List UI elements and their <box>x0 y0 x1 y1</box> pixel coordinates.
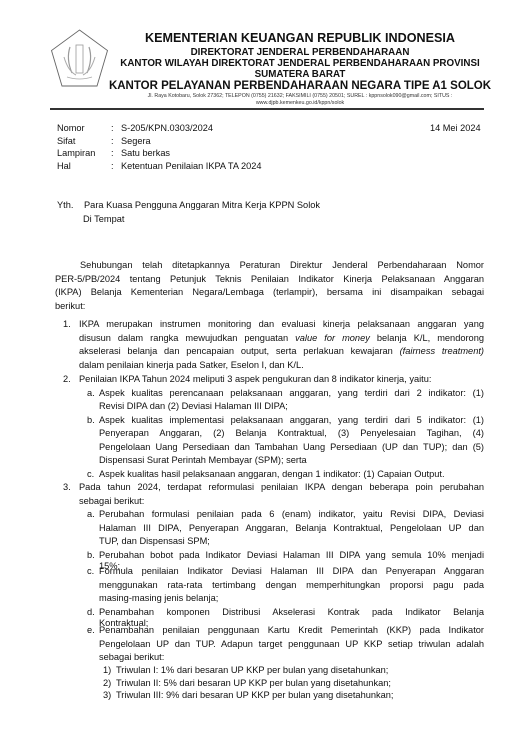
item-2c-line: Aspek kualitas hasil pelaksanaan anggara… <box>99 468 445 482</box>
text-run: disusun dalam rangka mewujudkan penguata… <box>79 333 295 343</box>
italic-term: value for money <box>295 333 370 343</box>
item-2a-line: Aspek kualitas perencanaan pelaksanaan a… <box>99 387 484 401</box>
intro-line: Sehubungan telah ditetapkannya Peraturan… <box>80 259 484 273</box>
office-address: Jl. Raya Kotobaru, Solok 27362; TELEPON … <box>100 93 500 100</box>
item-2b-line: Aspek kualitas implementasi pelaksanaan … <box>99 414 484 428</box>
meta-value-lampiran: Satu berkas <box>121 147 170 160</box>
regional-office-name: KANTOR WILAYAH DIREKTORAT JENDERAL PERBE… <box>100 58 500 69</box>
ministry-name: KEMENTERIAN KEUANGAN REPUBLIK INDONESIA <box>100 31 500 45</box>
intro-line: PER-5/PB/2024 tentang Petunjuk Teknis Pe… <box>55 273 484 287</box>
meta-label-hal: Hal <box>57 160 117 173</box>
recipient-prefix: Yth. <box>57 199 73 213</box>
item-2b-line: Pengelolaan Uang Persediaan dan Tambahan… <box>99 441 484 455</box>
quarter-target-line: Triwulan III: 9% dari besaran UP KKP per… <box>116 689 394 703</box>
meta-label-lampiran: Lampiran <box>57 147 117 160</box>
meta-value-sifat: Segera <box>121 135 151 148</box>
sub-item-label: c. <box>87 468 94 482</box>
letter-date: 14 Mei 2024 <box>430 123 481 133</box>
item-2b-line: Penyerapan Anggaran, (2) Belanja Kontrak… <box>99 427 484 441</box>
meta-colon: : <box>111 160 114 173</box>
meta-colon: : <box>111 122 114 135</box>
item-number: 2. <box>63 373 71 387</box>
recipient-name: Para Kuasa Pengguna Anggaran Mitra Kerja… <box>84 199 320 213</box>
sub-item-label: a. <box>87 387 95 401</box>
item-number: 3. <box>63 481 71 495</box>
meta-label-nomor: Nomor <box>57 122 117 135</box>
directorate-name: DIREKTORAT JENDERAL PERBENDAHARAAN <box>100 47 500 58</box>
item-3-line: Pada tahun 2024, terdapat reformulasi pe… <box>79 481 484 495</box>
item-3e-line: sebagai berikut: <box>99 651 164 665</box>
province-name: SUMATERA BARAT <box>100 69 500 80</box>
meta-colon: : <box>111 135 114 148</box>
sub-item-label: a. <box>87 508 95 522</box>
meta-value-nomor: S-205/KPN.0303/2024 <box>121 122 213 135</box>
item-3a-line: Halaman III DIPA, Penyerapan Anggaran, B… <box>99 522 484 536</box>
item-3a-line: TUP, dan Dispensasi SPM; <box>99 535 210 549</box>
item-3a-line: Perubahan formulasi penilaian pada 6 (en… <box>99 508 484 522</box>
item-2-line: Penilaian IKPA Tahun 2024 meliputi 3 asp… <box>79 373 431 387</box>
item-1-line: akselerasi belanja dan pencapaian output… <box>79 345 484 359</box>
sub-item-label: b. <box>87 414 95 428</box>
meta-label-sifat: Sifat <box>57 135 117 148</box>
item-3e-line: Penambahan penilaian penggunaan Kartu Kr… <box>99 624 484 638</box>
sub-item-label: d. <box>87 606 95 620</box>
item-2b-line: Dispensasi Surat Perintah Membayar (SPM)… <box>99 454 307 468</box>
item-1-line: IKPA merupakan instrumen monitoring dan … <box>79 318 484 332</box>
text-run: akselerasi belanja dan pencapaian output… <box>79 346 400 356</box>
intro-line: (IKPA) Belanja Kementerian Negara/Lembag… <box>55 286 484 300</box>
office-name: KANTOR PELAYANAN PERBENDAHARAAN NEGARA T… <box>100 80 500 92</box>
recipient-place: Di Tempat <box>83 213 124 227</box>
letterhead-divider <box>50 108 484 110</box>
italic-term: (fairness treatment) <box>400 346 484 356</box>
item-number: 1. <box>63 318 71 332</box>
meta-colon: : <box>111 147 114 160</box>
item-3c-line: menggunakan rata-rata tertimbang dengan … <box>99 579 484 593</box>
intro-line: berikut: <box>55 300 85 314</box>
item-1-line: dalam penilaian kinerja pada Satker, Ese… <box>79 359 304 373</box>
item-3c-line: Formula penilaian Indikator Deviasi Hala… <box>99 565 484 579</box>
text-run: belanja K/L, mendorong <box>370 333 484 343</box>
office-website: www.djpb.kemenkeu.go.id/kppn/solok <box>100 100 500 107</box>
sub-item-label: c. <box>87 565 94 579</box>
item-2a-line: Revisi DIPA dan (2) Deviasi Halaman III … <box>99 400 288 414</box>
item-3b-line: Perubahan bobot pada Indikator Deviasi H… <box>99 549 484 563</box>
item-3c-line: masing-masing jenis belanja; <box>99 592 218 606</box>
sub-item-label: b. <box>87 549 95 563</box>
item-3e-line: Pengelolaan UP dan TUP. Adapun target pe… <box>99 638 484 652</box>
item-3-line: sebagai berikut: <box>79 495 144 509</box>
sub-sub-item-label: 3) <box>103 689 111 703</box>
item-1-line: disusun dalam rangka mewujudkan penguata… <box>79 332 484 346</box>
item-3d-line: Penambahan komponen Distribusi Akseleras… <box>99 606 484 620</box>
meta-value-hal: Ketentuan Penilaian IKPA TA 2024 <box>121 160 261 173</box>
sub-item-label: e. <box>87 624 95 638</box>
